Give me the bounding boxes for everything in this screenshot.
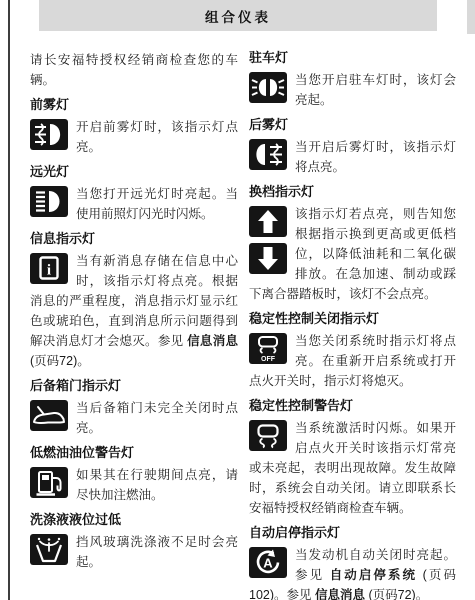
- section-liftgate-ajar: 后备箱门指示灯 当后备箱门未完全关闭时点亮。: [30, 378, 238, 438]
- section-rear-fog-lamp: 后雾灯 当开启后雾灯时，该指示灯将点亮。: [249, 117, 456, 177]
- section-parking-lamps: 驻车灯 当您开启驻车灯时，该灯会亮起。: [249, 50, 456, 110]
- cross-reference: 自动启停系统: [330, 568, 417, 582]
- page-edge-shadow: [467, 0, 475, 34]
- section-auto-start-stop: 自动启停指示灯 A当发动机自动关闭时亮起。参见 自动启停系统 (页码102)。参…: [249, 525, 456, 600]
- rear-fog-lamp-icon: [249, 139, 287, 170]
- left-column: 请长安福特授权经销商检查您的车辆。 前雾灯 开启前雾灯时，该指示灯点亮。 远光灯…: [30, 50, 238, 572]
- section-stability-control-warning: 稳定性控制警告灯 当系统激活时闪烁。如果开启点火开关时该指示灯常亮或未亮起，表明…: [249, 398, 456, 518]
- right-column: 驻车灯 当您开启驻车灯时，该灯会亮起。 后雾灯 当开启后雾灯时，该指示灯将点亮。…: [249, 50, 456, 600]
- section-title: 低燃油油位警告灯: [30, 445, 238, 460]
- section-text: 当开启后雾灯时，该指示灯将点亮。: [295, 140, 456, 174]
- front-fog-lamp-icon: [30, 119, 68, 150]
- parking-lamps-icon: [249, 72, 287, 103]
- cross-reference: 信息消息: [187, 334, 238, 348]
- section-paragraph: A当发动机自动关闭时亮起。参见 自动启停系统 (页码102)。参见 信息消息 (…: [249, 545, 456, 600]
- info-glyph: i: [47, 263, 51, 279]
- section-text: 当后备箱门未完全关闭时点亮。: [76, 401, 238, 435]
- shift-up-icon: [249, 206, 287, 237]
- section-text: 挡风玻璃洗涤液不足时会亮起。: [76, 535, 238, 569]
- section-shift-indicator: 换档指示灯 该指示灯若点亮，则告知您根据指示换到更高或更低档位，以降低油耗和二氧…: [249, 184, 456, 304]
- low-fuel-icon: [30, 467, 68, 498]
- section-front-fog-lamp: 前雾灯 开启前雾灯时，该指示灯点亮。: [30, 97, 238, 157]
- section-low-fuel: 低燃油油位警告灯 如果其在行驶期间点亮，请尽快加注燃油。: [30, 445, 238, 505]
- intro-text: 请长安福特授权经销商检查您的车辆。: [30, 50, 238, 90]
- section-text: 当您打开远光灯时亮起。当使用前照灯闪光时闪烁。: [76, 187, 238, 221]
- information-indicator-icon: i: [30, 253, 68, 284]
- cross-reference: 信息消息: [315, 588, 365, 600]
- liftgate-ajar-icon: [30, 400, 68, 431]
- section-title: 后雾灯: [249, 117, 456, 132]
- stability-control-off-icon: OFF: [249, 333, 287, 364]
- section-stability-control-off: 稳定性控制关闭指示灯 OFF当您关闭系统时指示灯将点亮。在重新开启系统或打开点火…: [249, 311, 456, 391]
- stability-control-icon: [249, 420, 287, 451]
- section-title: 稳定性控制关闭指示灯: [249, 311, 456, 326]
- section-paragraph: OFF当您关闭系统时指示灯将点亮。在重新开启系统或打开点火开关时，指示灯将熄灭。: [249, 331, 456, 391]
- manual-page: 组合仪表 请长安福特授权经销商检查您的车辆。 前雾灯 开启前雾灯时，该指示灯点亮…: [0, 0, 475, 600]
- section-title: 信息指示灯: [30, 231, 238, 246]
- auto-start-stop-icon: A: [249, 547, 287, 578]
- section-text: (页码72)。: [30, 354, 90, 368]
- section-text: 当您开启驻车灯时，该灯会亮起。: [295, 73, 456, 107]
- section-washer-fluid: 洗涤液液位过低 挡风玻璃洗涤液不足时会亮起。: [30, 512, 238, 572]
- page-header: 组合仪表: [39, 0, 437, 31]
- section-paragraph: 该指示灯若点亮，则告知您根据指示换到更高或更低档位，以降低油耗和二氧化碳排放。在…: [249, 204, 456, 304]
- section-paragraph: 当您开启驻车灯时，该灯会亮起。: [249, 70, 456, 110]
- section-paragraph: 当您打开远光灯时亮起。当使用前照灯闪光时闪烁。: [30, 184, 238, 224]
- section-paragraph: 开启前雾灯时，该指示灯点亮。: [30, 117, 238, 157]
- section-title: 远光灯: [30, 164, 238, 179]
- section-text: 如果其在行驶期间点亮，请尽快加注燃油。: [76, 468, 238, 502]
- shift-indicator-icons: [249, 206, 287, 274]
- section-paragraph: i当有新消息存储在信息中心时，该指示灯将点亮。根据消息的严重程度，消息指示灯显示…: [30, 251, 238, 371]
- section-paragraph: 当系统激活时闪烁。如果开启点火开关时该指示灯常亮或未亮起，表明出现故障。发生故障…: [249, 418, 456, 518]
- page-left-rule: [8, 0, 10, 600]
- auto-start-stop-glyph: A: [263, 556, 273, 571]
- high-beam-icon: [30, 186, 68, 217]
- section-title: 稳定性控制警告灯: [249, 398, 456, 413]
- section-paragraph: 当后备箱门未完全关闭时点亮。: [30, 398, 238, 438]
- section-title: 洗涤液液位过低: [30, 512, 238, 527]
- section-title: 驻车灯: [249, 50, 456, 65]
- section-paragraph: 如果其在行驶期间点亮，请尽快加注燃油。: [30, 465, 238, 505]
- section-text: (页码72)。: [365, 588, 428, 600]
- section-text: 开启前雾灯时，该指示灯点亮。: [76, 120, 238, 154]
- section-high-beam: 远光灯 当您打开远光灯时亮起。当使用前照灯闪光时闪烁。: [30, 164, 238, 224]
- section-title: 自动启停指示灯: [249, 525, 456, 540]
- section-title: 前雾灯: [30, 97, 238, 112]
- shift-down-icon: [249, 243, 287, 274]
- section-paragraph: 挡风玻璃洗涤液不足时会亮起。: [30, 532, 238, 572]
- section-paragraph: 当开启后雾灯时，该指示灯将点亮。: [249, 137, 456, 177]
- section-information-indicator: 信息指示灯 i当有新消息存储在信息中心时，该指示灯将点亮。根据消息的严重程度，消…: [30, 231, 238, 371]
- esc-off-glyph: OFF: [261, 356, 276, 362]
- washer-fluid-icon: [30, 534, 68, 565]
- section-title: 换档指示灯: [249, 184, 456, 199]
- page-title: 组合仪表: [205, 6, 271, 26]
- section-title: 后备箱门指示灯: [30, 378, 238, 393]
